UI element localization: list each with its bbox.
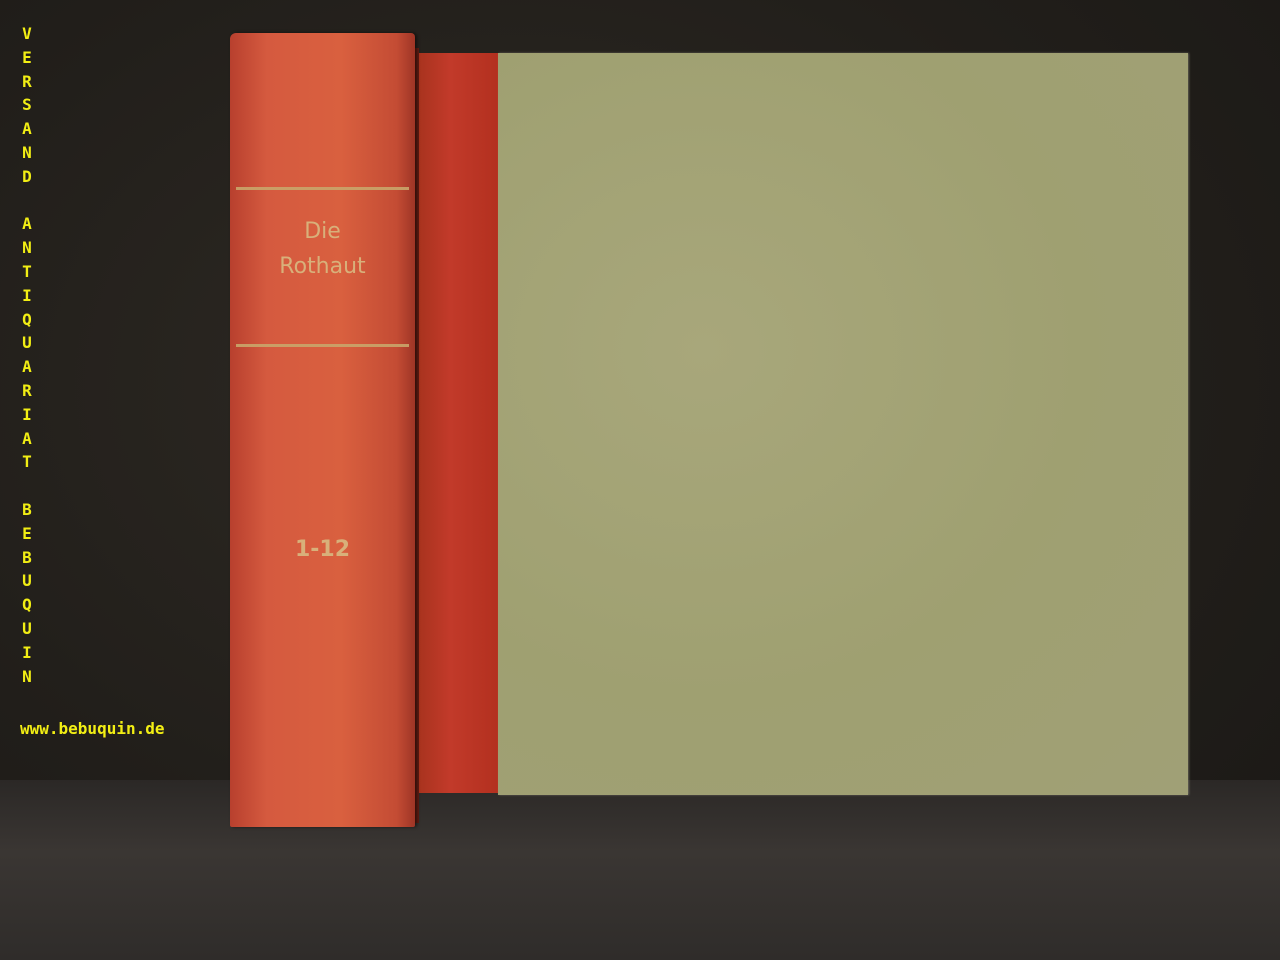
watermark-letter: B: [22, 546, 32, 570]
watermark-letter: T: [22, 260, 32, 284]
watermark-letter: B: [22, 498, 32, 522]
watermark-letter: N: [22, 236, 32, 260]
table-surface: [0, 780, 1280, 960]
watermark-letter: S: [22, 93, 32, 117]
watermark-url: www.bebuquin.de: [20, 719, 165, 738]
vertical-watermark: VERSANDANTIQUARIATBEBUQUIN: [16, 22, 38, 688]
gilt-rule-bottom: [236, 344, 409, 347]
watermark-letter: A: [22, 427, 32, 451]
watermark-letter: A: [22, 212, 32, 236]
watermark-letter: I: [22, 403, 32, 427]
spine-title-line2: Rothaut: [230, 254, 415, 279]
watermark-letter: A: [22, 117, 32, 141]
watermark-letter: U: [22, 617, 32, 641]
watermark-letter: E: [22, 46, 32, 70]
watermark-letter: R: [22, 379, 32, 403]
watermark-letter: Q: [22, 593, 32, 617]
watermark-letter: I: [22, 641, 32, 665]
watermark-letter: A: [22, 355, 32, 379]
spine-title-line1: Die: [230, 219, 415, 244]
watermark-letter: T: [22, 450, 32, 474]
spine-volume: 1-12: [230, 537, 415, 562]
watermark-letter: D: [22, 165, 32, 189]
watermark-letter: V: [22, 22, 32, 46]
book-spine: Die Rothaut 1-12: [230, 33, 415, 827]
watermark-letter: Q: [22, 308, 32, 332]
watermark-letter: E: [22, 522, 32, 546]
book-front-cover: [498, 53, 1188, 795]
watermark-letter: N: [22, 141, 32, 165]
watermark-letter: R: [22, 70, 32, 94]
watermark-letter: U: [22, 331, 32, 355]
watermark-letter: N: [22, 665, 32, 689]
watermark-letter: U: [22, 569, 32, 593]
gilt-rule-top: [236, 187, 409, 190]
watermark-letter: I: [22, 284, 32, 308]
book-board-edge: [418, 53, 498, 793]
